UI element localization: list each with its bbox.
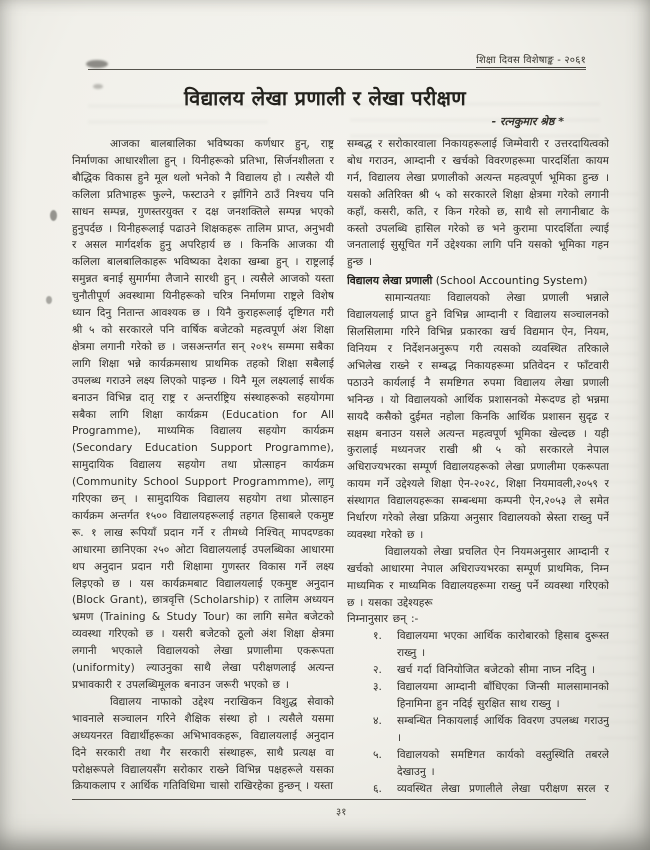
list-item-number: २.: [373, 662, 397, 679]
body-paragraph: सामान्यतयाः विद्यालयको लेखा प्रणाली भन्न…: [347, 290, 609, 544]
list-item-text: विद्यालयमा आम्दानी बाँधिएका जिन्सी मालसा…: [397, 679, 609, 713]
list-item-number: ३.: [373, 679, 397, 713]
list-item-text: खर्च गर्दा विनियोजित बजेटको सीमा नाघ्न न…: [397, 662, 609, 679]
list-item: ६. व्यवस्थित लेखा प्रणालीले लेखा परीक्षण…: [373, 781, 609, 796]
list-item-text: व्यवस्थित लेखा प्रणालीले लेखा परीक्षण सर…: [397, 781, 609, 796]
objectives-list: १. विद्यालयमा भएका आर्थिक कारोबारको हिसा…: [347, 628, 609, 796]
left-column: आजका बालबालिका भविष्यका कर्णधार हुन्, रा…: [72, 136, 334, 804]
header-rule: [88, 69, 586, 70]
list-item-number: १.: [373, 628, 397, 662]
list-item: ३. विद्यालयमा आम्दानी बाँधिएका जिन्सी मा…: [373, 679, 609, 713]
section-heading: विद्यालय लेखा प्रणाली (School Accounting…: [347, 272, 609, 289]
scanned-document-page: शिक्षा दिवस विशेषाङ्क - २०६१ विद्यालय ले…: [0, 0, 650, 850]
list-item: ५. विद्यालयको समष्टिगत कार्यको वस्तुस्थि…: [373, 747, 609, 781]
article-title: विद्यालय लेखा प्रणाली र लेखा परीक्षण: [0, 84, 650, 111]
two-column-body: आजका बालबालिका भविष्यका कर्णधार हुन्, रा…: [72, 136, 610, 804]
body-paragraph: विद्यालयको लेखा प्रचलित ऐन नियमअनुसार आम…: [347, 544, 609, 612]
footer-rule: [75, 799, 586, 800]
list-item-text: विद्यालयको समष्टिगत कार्यको वस्तुस्थिति …: [397, 747, 609, 781]
body-paragraph: सम्बद्ध र सरोकारवाला निकायहरूलाई जिम्मेव…: [347, 136, 609, 271]
list-item: ४. सम्बन्धित निकायलाई आर्थिक विवरण उपलब्…: [373, 713, 609, 747]
list-item: २. खर्च गर्दा विनियोजित बजेटको सीमा नाघ्…: [373, 662, 609, 679]
section-heading-english: (School Accounting System): [436, 274, 588, 287]
list-item-number: ६.: [373, 781, 397, 796]
list-item: १. विद्यालयमा भएका आर्थिक कारोबारको हिसा…: [373, 628, 609, 662]
section-heading-nepali: विद्यालय लेखा प्रणाली: [347, 274, 432, 287]
body-paragraph: विद्यालय नाफाको उद्देश्य नराखिकन विशुद्ध…: [72, 694, 334, 795]
list-item-text: विद्यालयमा भएका आर्थिक कारोबारको हिसाब द…: [397, 628, 609, 662]
list-intro: निम्नानुसार छन् :-: [347, 611, 609, 628]
right-column: सम्बद्ध र सरोकारवाला निकायहरूलाई जिम्मेव…: [347, 136, 609, 796]
list-item-number: ४.: [373, 713, 397, 747]
scan-smudge: [46, 296, 52, 304]
running-head: शिक्षा दिवस विशेषाङ्क - २०६१: [476, 52, 586, 68]
page-number: ३१: [336, 804, 346, 818]
body-paragraph: आजका बालबालिका भविष्यका कर्णधार हुन्, रा…: [72, 136, 334, 694]
author-byline: - रत्नकुमार श्रेष्ठ *: [492, 114, 564, 129]
scan-smudge: [86, 60, 108, 68]
scan-smudge: [50, 210, 57, 221]
list-item-number: ५.: [373, 747, 397, 781]
list-item-text: सम्बन्धित निकायलाई आर्थिक विवरण उपलब्ध ग…: [397, 713, 609, 747]
